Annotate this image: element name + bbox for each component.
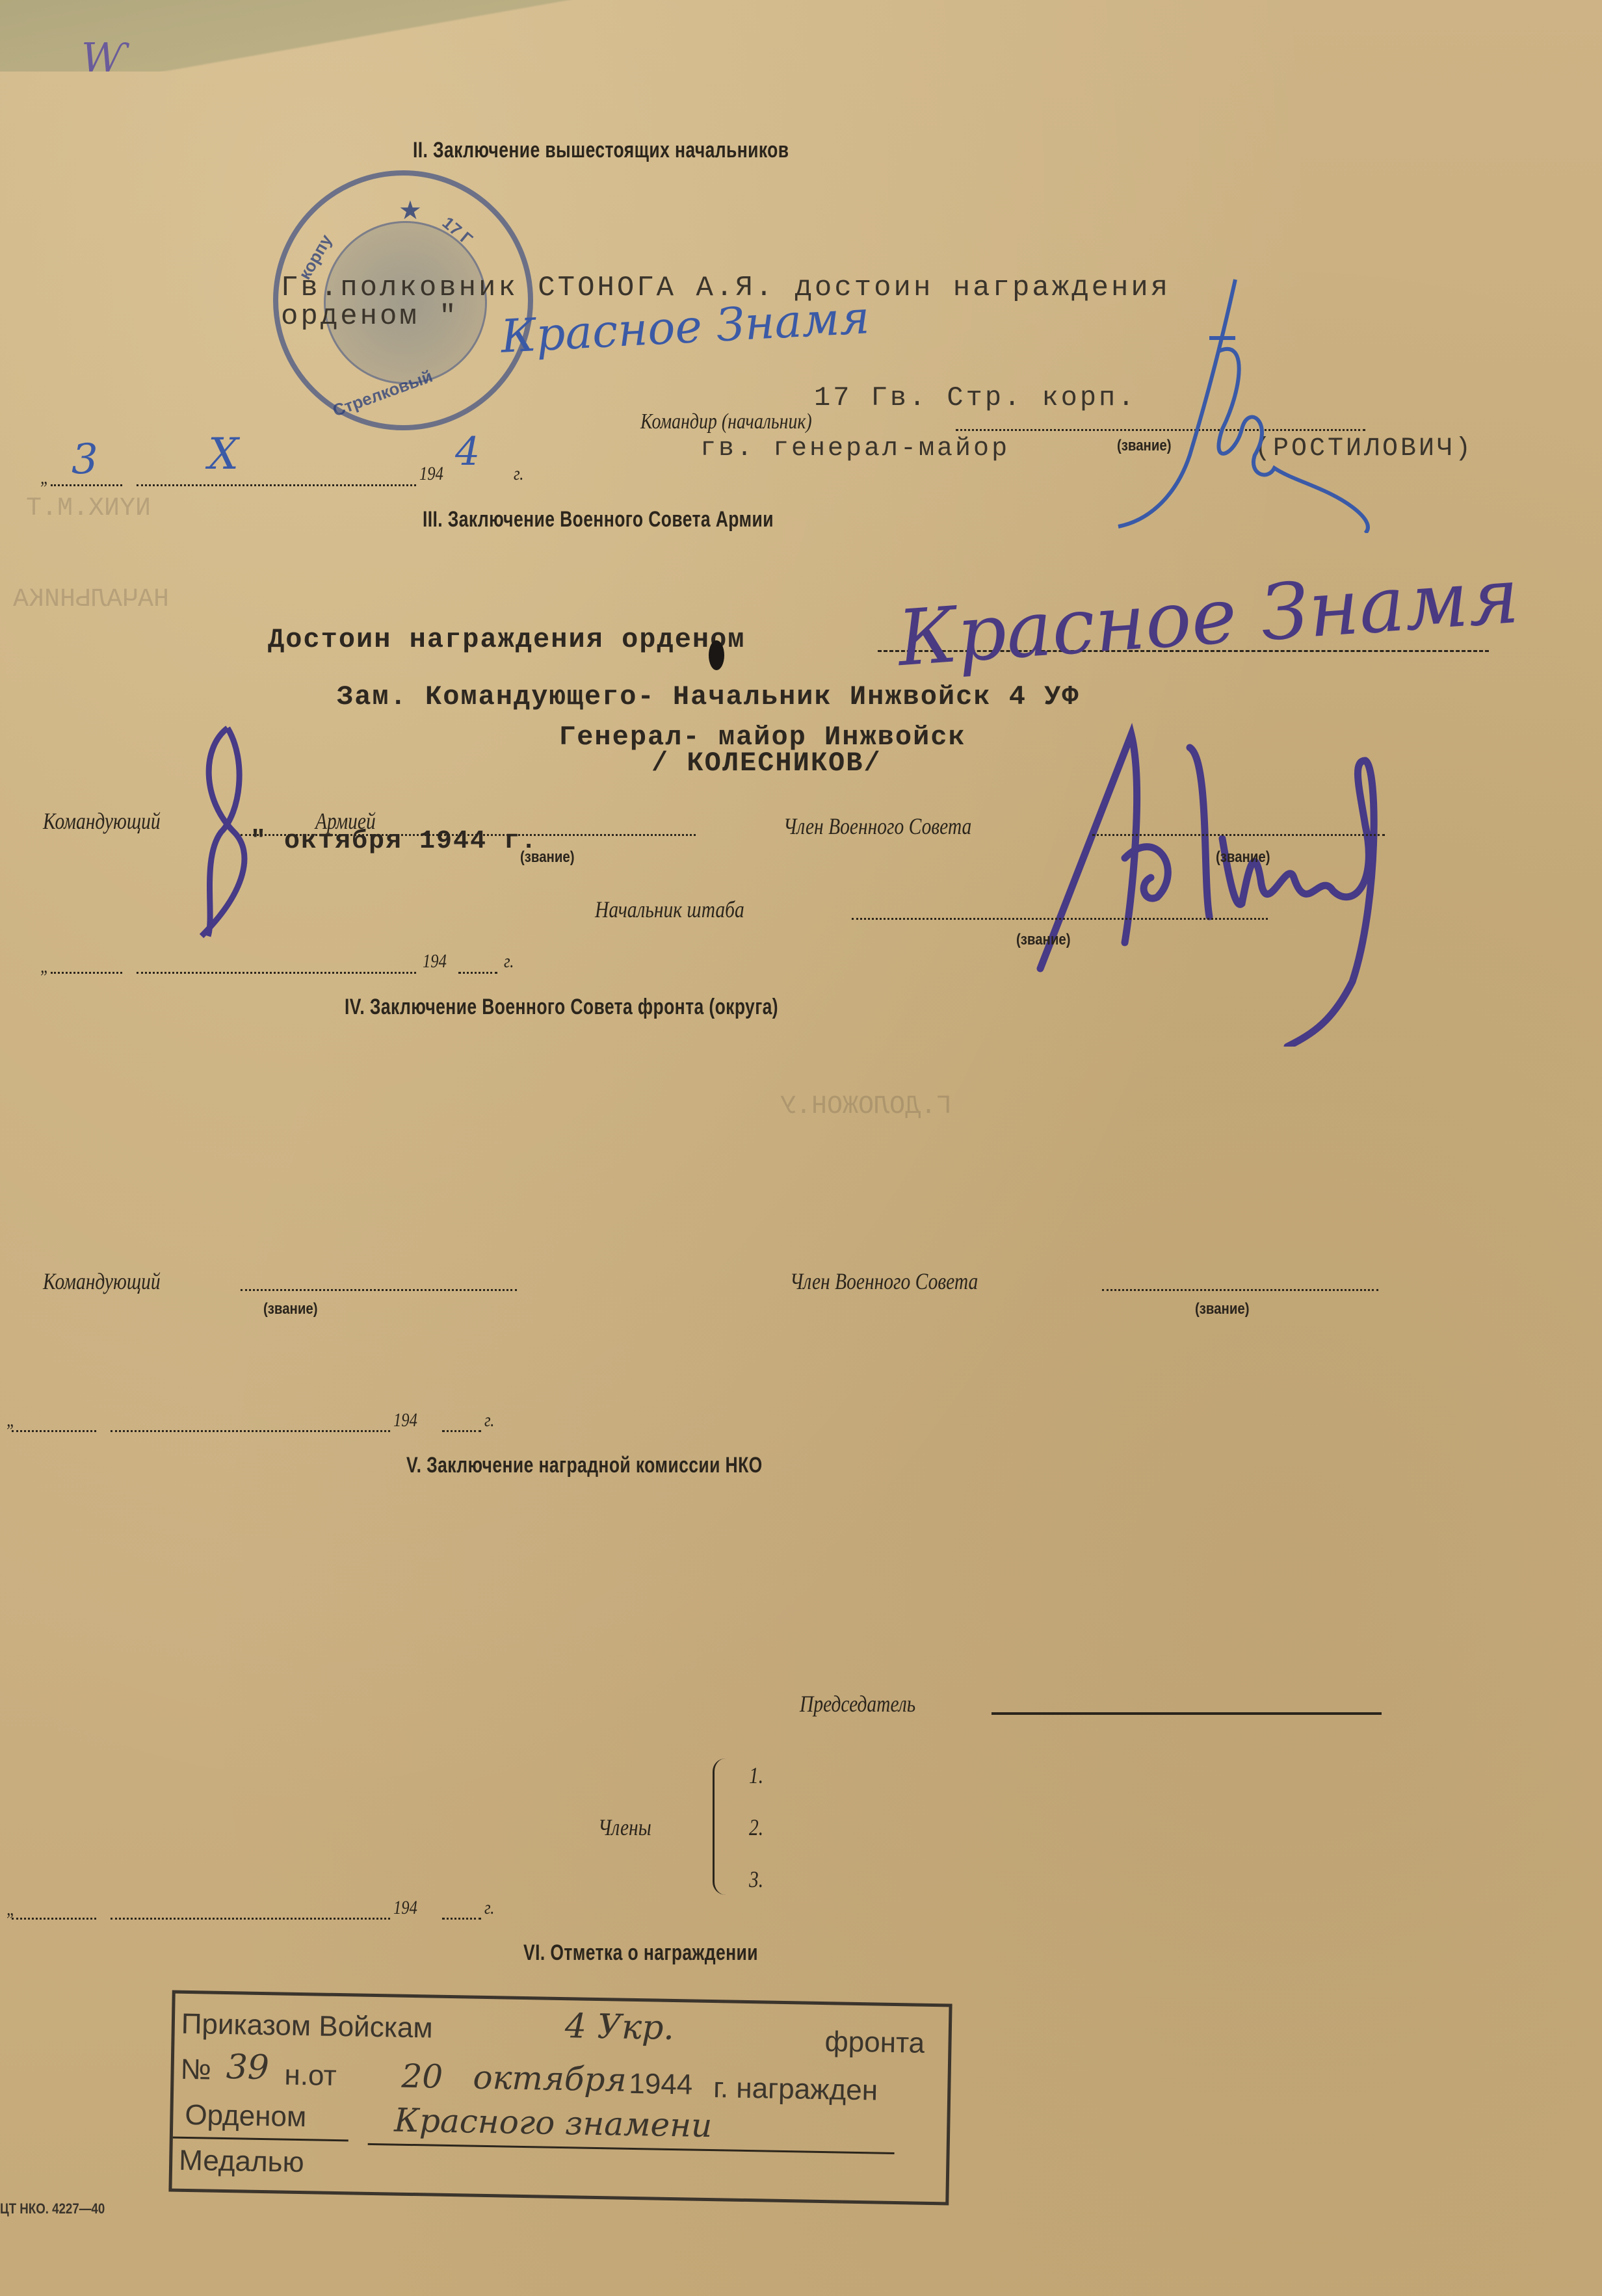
stamp-awarded-label: г. награжден — [713, 2072, 878, 2107]
date-open-quote: „ — [40, 467, 49, 489]
army-commander-rank-caption: (звание) — [520, 848, 575, 867]
member-1: 1. — [749, 1762, 763, 1789]
position-line-3-name: / КОЛЕСНИКОВ/ — [651, 748, 882, 779]
handwritten-date-day: 3 — [72, 436, 98, 484]
date-suffix: г. — [484, 1897, 494, 1919]
stamp-month: октября — [473, 2059, 627, 2099]
handwritten-date-month: X — [208, 429, 239, 479]
date-suffix: г. — [484, 1409, 494, 1431]
print-code: ЦТ НКО. 4227—40 — [0, 2200, 105, 2217]
date-month-line — [137, 484, 416, 486]
bleed-through-text: NYNX.M.Т — [26, 494, 151, 523]
member-2: 2. — [749, 1814, 763, 1841]
stamp-number-sign: № — [180, 2054, 211, 2087]
stamp-medal-label: Медалью — [179, 2145, 304, 2179]
stamp-from-label: н.от — [284, 2059, 337, 2093]
stamp-line — [368, 2143, 895, 2154]
member-3: 3. — [749, 1866, 763, 1893]
commander-label: Командир (начальник) — [640, 410, 812, 434]
date-day-line — [51, 484, 122, 486]
date-month-line — [111, 1918, 390, 1920]
chief-rank-caption: (звание) — [1016, 931, 1071, 949]
date-month-line — [137, 972, 416, 974]
stamp-line — [173, 2137, 348, 2142]
award-sheet-page: Ⱳ NYNX.M.Т НАЧАЛЬНИКА Г.ДОЛОЖОН.У II. За… — [0, 0, 1602, 2296]
typed-recommendation-line2: орденом " — [281, 300, 459, 333]
rank-typed: гв. генерал-майор — [700, 434, 1010, 463]
date-day-line — [51, 972, 122, 974]
date-year-prefix: 194 — [393, 1409, 417, 1431]
worthy-of-award-typed: Достоин награждения орденом — [268, 624, 746, 655]
position-line-1: Зам. Командующего- Начальник Инжвойск 4 … — [337, 681, 1080, 712]
date-year-prefix: 194 — [393, 1897, 417, 1919]
section-3-heading: III. Заключение Военного Совета Армии — [423, 507, 774, 532]
front-commander-rank-caption: (звание) — [263, 1300, 318, 1318]
date-year-prefix: 194 — [423, 950, 447, 972]
section-4-heading: IV. Заключение Военного Совета фронта (о… — [345, 995, 778, 1020]
council-member-line — [1092, 834, 1385, 836]
members-label: Члены — [598, 1814, 651, 1841]
stamp-order-label: Орденом — [185, 2099, 307, 2133]
bleed-through-text: Г.ДОЛОЖОН.У — [780, 1092, 952, 1121]
stamp-year: 1944 — [629, 2068, 693, 2102]
star-icon: ★ — [399, 195, 422, 226]
front-council-member-label: Член Военного Совета — [790, 1268, 978, 1295]
front-council-rank-caption: (звание) — [1195, 1300, 1250, 1318]
corner-handwritten-mark: Ⱳ — [81, 34, 127, 81]
date-year-line — [442, 1918, 481, 1920]
stamp-order-label: Приказом Войскам — [181, 2008, 433, 2045]
award-order-stamp: Приказом Войскам 4 Укр. фронта № 39 н.от… — [168, 1990, 952, 2206]
members-brace — [713, 1758, 726, 1895]
stamp-day: 20 — [401, 2057, 443, 2096]
stamp-front-suffix: фронта — [824, 2026, 925, 2060]
commander-signature — [1079, 260, 1482, 533]
council-signature — [1014, 709, 1547, 1047]
date-suffix: г. — [514, 463, 523, 485]
handwritten-date-year: 4 — [455, 429, 480, 475]
chairman-line — [991, 1712, 1382, 1715]
date-open-quote: „ — [7, 1898, 16, 1920]
date-open-quote: „ — [7, 1409, 16, 1431]
chief-of-staff-line — [852, 918, 1268, 920]
ink-blot — [709, 640, 724, 670]
stamp-front-handwritten: 4 Укр. — [564, 2007, 674, 2048]
chief-of-staff-label: Начальник штаба — [595, 896, 744, 923]
council-member-label: Член Военного Совета — [783, 813, 971, 840]
bleed-through-text: НАЧАЛЬНИКА — [13, 585, 169, 614]
front-commander-label: Командующий — [43, 1268, 161, 1295]
section-6-heading: VI. Отметка о награждении — [523, 1940, 758, 1966]
date-year-line — [442, 1430, 481, 1432]
section-5-heading: V. Заключение наградной комиссии НКО — [406, 1453, 763, 1478]
front-commander-line — [241, 1289, 517, 1291]
stamp-order-name-handwritten: Красного знамени — [394, 2102, 713, 2145]
chairman-label: Председатель — [800, 1690, 915, 1717]
stamp-order-number: 39 — [226, 2048, 269, 2087]
handwritten-award-name-army: Красное Знамя — [895, 551, 1521, 683]
date-year-line — [458, 972, 497, 974]
army-commander-label: Командующий — [43, 807, 161, 835]
date-day-line — [12, 1918, 96, 1920]
section-2-heading: II. Заключение вышестоящих начальников — [413, 138, 789, 163]
typed-date-october: " октября 1944 г. — [250, 827, 538, 856]
front-council-member-line — [1102, 1289, 1378, 1291]
date-suffix: г. — [504, 950, 514, 972]
council-rank-caption: (звание) — [1216, 848, 1270, 867]
date-day-line — [12, 1430, 96, 1432]
date-month-line — [111, 1430, 390, 1432]
date-open-quote: „ — [40, 956, 49, 978]
date-year-prefix: 194 — [419, 463, 443, 485]
